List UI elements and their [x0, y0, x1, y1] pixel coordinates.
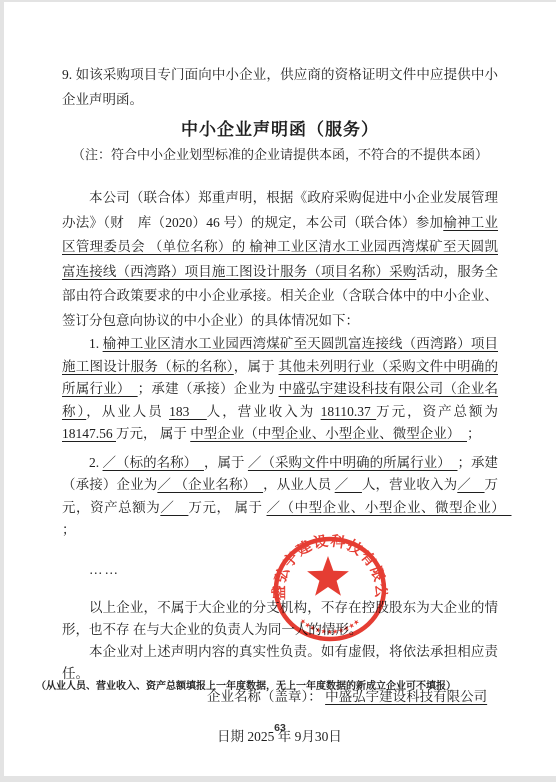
ellipsis-placeholder: …… — [62, 558, 498, 582]
declaration-text: 本公司（联合体）郑重声明，根据《政府采购促进中小企业发展管理办法》（财 库（20… — [62, 190, 498, 230]
item2-subject-name: ／（标的名称） — [103, 455, 204, 470]
no-large-enterprise-paragraph: 以上企业，不属于大企业的分支机构，不存在控股股东为大企业的情形，也不存 在与大企… — [62, 597, 498, 641]
truthfulness-paragraph: 本企业对上述声明内容的真实性负责。如有虚假，将依法承担相应责任。 — [62, 641, 498, 685]
item2-company-name: ／ （企业名称） — [157, 477, 263, 492]
item2-employee-count: ／ — [335, 477, 362, 492]
item1-revenue: 18110.37 — [321, 404, 377, 419]
document-viewer: { "doc": { "clause9": "9. 如该采购项目专门面向中小企业… — [0, 0, 556, 782]
item2-industry: ／（采购文件中明确的所属行业） — [248, 455, 458, 470]
item1-number: 1. — [89, 336, 103, 351]
item2-enterprise-type: ／（中型企业、小型企业、微型企业） — [267, 500, 512, 515]
document-title: 中小企业声明函（服务） — [62, 118, 498, 142]
document-content: 9. 如该采购项目专门面向中小企业，供应商的资格证明文件中应提供中小企业声明函。… — [62, 62, 498, 748]
item1-employee-count: 183 — [169, 404, 207, 419]
item1-enterprise-type: 中型企业（中型企业、小型企业、微型企业） — [190, 426, 467, 441]
declaration-paragraph: 本公司（联合体）郑重声明，根据《政府采购促进中小企业发展管理办法》（财 库（20… — [62, 186, 498, 333]
clause-9-text: 9. 如该采购项目专门面向中小企业，供应商的资格证明文件中应提供中小企业声明函。 — [62, 62, 498, 112]
footnote: （从业人员、营业收入、资产总额填报上一年度数据，无上一年度数据的新成立企业可不填… — [36, 680, 536, 694]
eligibility-note: （注：符合中小企业划型标准的企业请提供本函，不符合的不提供本函） — [62, 145, 498, 165]
page-number: 63 — [4, 722, 556, 734]
item1-total-assets: 18147.56 — [62, 426, 116, 441]
subject-item-2: 2. ／（标的名称） ，属于 ／（采购文件中明确的所属行业） ；承建（承接）企业… — [62, 452, 498, 542]
document-page: 9. 如该采购项目专门面向中小企业，供应商的资格证明文件中应提供中小企业声明函。… — [4, 2, 556, 776]
item2-total-assets: ／ — [160, 500, 188, 515]
item2-revenue: ／ — [457, 477, 484, 492]
item2-number: 2. — [89, 455, 103, 470]
subject-item-1: 1. 榆神工业区清水工业园西湾煤矿至天圆凯富连接线（西湾路）项目施工图设计服务（… — [62, 333, 498, 446]
